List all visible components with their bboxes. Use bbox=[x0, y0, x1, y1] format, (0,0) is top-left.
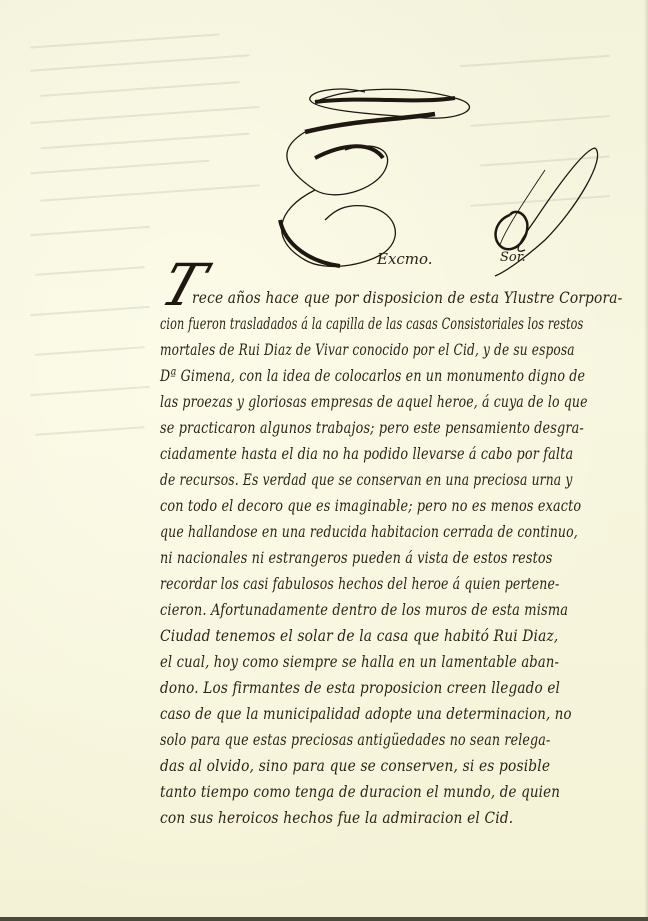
text-line: cion fueron trasladados á la capilla de … bbox=[160, 314, 583, 333]
text-line: Dª Gimena, con la idea de colocarlos en … bbox=[160, 366, 585, 385]
scan-bottom-border bbox=[0, 917, 648, 921]
text-line: se practicaron algunos trabajos; pero es… bbox=[160, 418, 584, 437]
text-line: rece años hace que por disposicion de es… bbox=[192, 288, 622, 307]
text-line: de recursos. Es verdad que se conservan … bbox=[160, 470, 572, 489]
text-line: que hallandose en una reducida habitacio… bbox=[160, 522, 578, 541]
text-line: ni nacionales ni estrangeros pueden á vi… bbox=[160, 548, 552, 567]
text-line: el cual, hoy como siempre se halla en un… bbox=[160, 652, 559, 671]
manuscript-page: Excmo. Sor. T rece años hace que por dis… bbox=[0, 0, 648, 917]
text-line: Ciudad tenemos el solar de la casa que h… bbox=[160, 626, 558, 645]
text-line: cieron. Afortunadamente dentro de los mu… bbox=[160, 600, 568, 619]
text-line: tanto tiempo como tenga de duracion el m… bbox=[160, 782, 560, 801]
text-line: con todo el decoro que es imaginable; pe… bbox=[160, 496, 581, 515]
ornamental-initial-flourish bbox=[255, 40, 605, 280]
text-line: recordar los casi fabulosos hechos del h… bbox=[160, 574, 559, 593]
page-edge-shadow bbox=[644, 0, 648, 917]
text-line: mortales de Rui Diaz de Vivar conocido p… bbox=[160, 340, 575, 359]
text-line: las proezas y gloriosas empresas de aque… bbox=[160, 392, 588, 411]
salutation-sor: Sor. bbox=[500, 250, 526, 265]
text-line: caso de que la municipalidad adopte una … bbox=[160, 704, 572, 723]
salutation-excmo: Excmo. bbox=[377, 250, 433, 268]
text-line: con sus heroicos hechos fue la admiracio… bbox=[160, 808, 513, 827]
text-line: ciadamente hasta el dia no ha podido lle… bbox=[160, 444, 573, 463]
text-line: dono. Los firmantes de esta proposicion … bbox=[160, 678, 560, 697]
text-line: das al olvido, sino para que se conserve… bbox=[160, 756, 550, 775]
text-line: solo para que estas preciosas antigüedad… bbox=[160, 730, 550, 749]
